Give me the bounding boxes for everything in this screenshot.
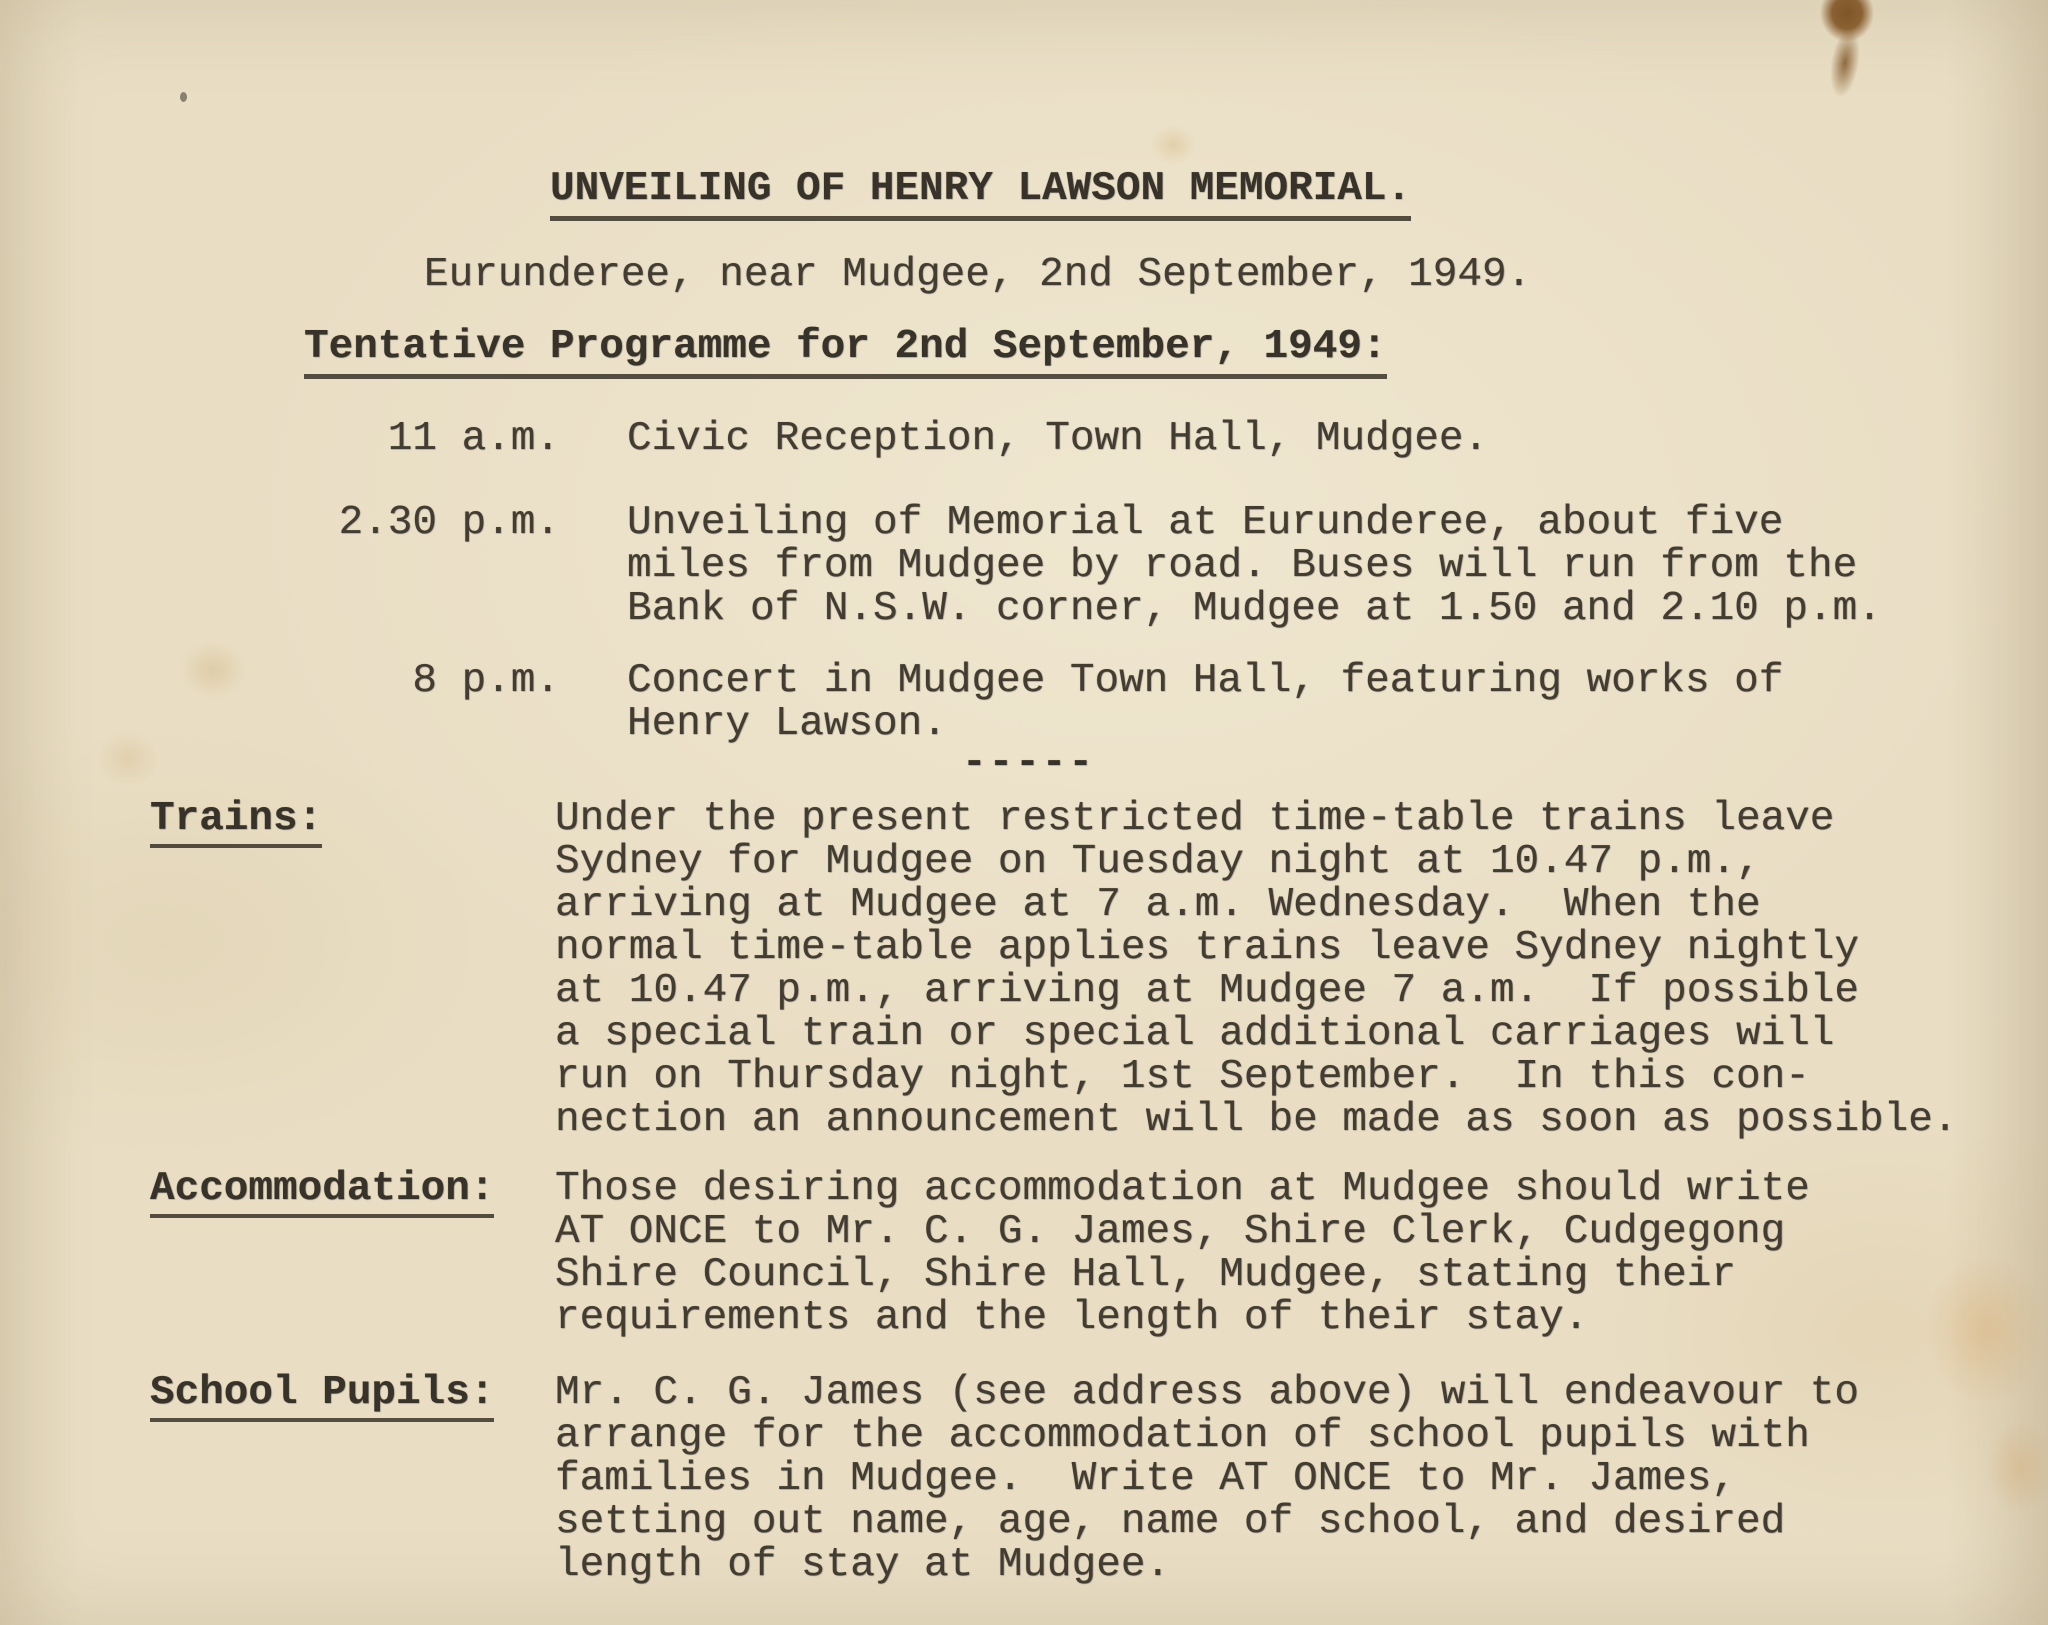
programme-time: 2.30 p.m. (150, 502, 560, 545)
date-line: Eurunderee, near Mudgee, 2nd September, … (424, 254, 1531, 297)
programme-time: 11 a.m. (150, 418, 560, 461)
programme-heading: Tentative Programme for 2nd September, 1… (304, 326, 1387, 379)
section-accommodation: Accommodation: Those desiring accommodat… (150, 1168, 2035, 1340)
corner-stain (1820, 0, 1874, 42)
separator-dashes: ----- (962, 742, 1095, 785)
section-text: Mr. C. G. James (see address above) will… (555, 1372, 2035, 1587)
paper-stain (1150, 125, 1196, 165)
programme-description: Civic Reception, Town Hall, Mudgee. (627, 418, 1947, 461)
section-school-pupils: School Pupils: Mr. C. G. James (see addr… (150, 1372, 2035, 1587)
programme-description: Concert in Mudgee Town Hall, featuring w… (627, 660, 1947, 746)
section-trains: Trains: Under the present restricted tim… (150, 798, 2035, 1142)
section-label: Accommodation: (150, 1168, 494, 1218)
programme-description: Unveiling of Memorial at Eurunderee, abo… (627, 502, 1947, 631)
ink-speck (180, 92, 187, 102)
section-label: Trains: (150, 798, 322, 848)
programme-row: 2.30 p.m. Unveiling of Memorial at Eurun… (150, 502, 1947, 631)
corner-stain-tail (1826, 26, 1865, 100)
section-label: School Pupils: (150, 1372, 494, 1422)
section-text: Those desiring accommodation at Mudgee s… (555, 1168, 2035, 1340)
programme-time: 8 p.m. (150, 660, 560, 703)
programme-heading-row: Tentative Programme for 2nd September, 1… (304, 326, 1387, 379)
section-text: Under the present restricted time-table … (555, 798, 2035, 1142)
title-row: UNVEILING OF HENRY LAWSON MEMORIAL. (550, 168, 1411, 221)
programme-row: 11 a.m. Civic Reception, Town Hall, Mudg… (150, 418, 1947, 461)
programme-row: 8 p.m. Concert in Mudgee Town Hall, feat… (150, 660, 1947, 746)
document-page: UNVEILING OF HENRY LAWSON MEMORIAL. Euru… (0, 0, 2048, 1625)
document-title: UNVEILING OF HENRY LAWSON MEMORIAL. (550, 168, 1411, 221)
